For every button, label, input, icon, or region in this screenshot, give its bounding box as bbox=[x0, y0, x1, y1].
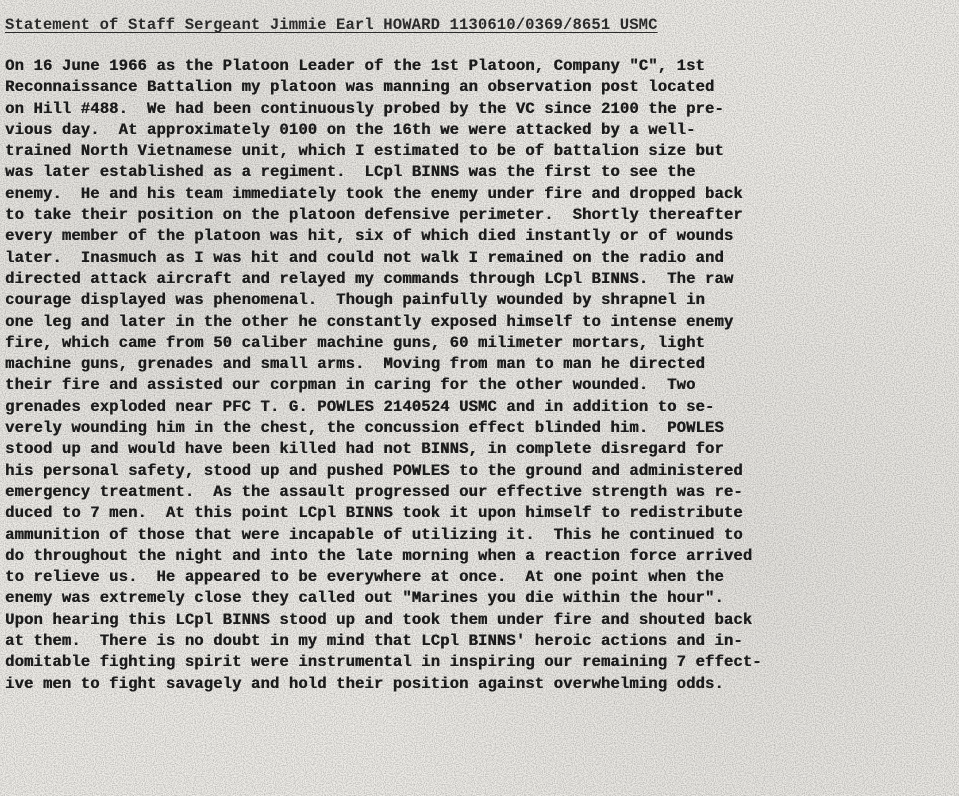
statement-line: ive men to fight savagely and hold their… bbox=[5, 674, 955, 695]
statement-line: fire, which came from 50 caliber machine… bbox=[5, 333, 955, 354]
statement-line: to relieve us. He appeared to be everywh… bbox=[5, 567, 955, 588]
statement-line: his personal safety, stood up and pushed… bbox=[5, 461, 955, 482]
statement-line: was later established as a regiment. LCp… bbox=[5, 162, 955, 183]
statement-line: their fire and assisted our corpman in c… bbox=[5, 375, 955, 396]
statement-line: Upon hearing this LCpl BINNS stood up an… bbox=[5, 610, 955, 631]
statement-line: later. Inasmuch as I was hit and could n… bbox=[5, 248, 955, 269]
statement-line: domitable fighting spirit were instrumen… bbox=[5, 652, 955, 673]
statement-line: stood up and would have been killed had … bbox=[5, 439, 955, 460]
statement-line: vious day. At approximately 0100 on the … bbox=[5, 120, 955, 141]
statement-line: on Hill #488. We had been continuously p… bbox=[5, 99, 955, 120]
statement-line: verely wounding him in the chest, the co… bbox=[5, 418, 955, 439]
statement-line: On 16 June 1966 as the Platoon Leader of… bbox=[5, 56, 955, 77]
statement-line: directed attack aircraft and relayed my … bbox=[5, 269, 955, 290]
statement-line: ammunition of those that were incapable … bbox=[5, 525, 955, 546]
statement-line: do throughout the night and into the lat… bbox=[5, 546, 955, 567]
statement-line: emergency treatment. As the assault prog… bbox=[5, 482, 955, 503]
statement-line: courage displayed was phenomenal. Though… bbox=[5, 290, 955, 311]
statement-line: duced to 7 men. At this point LCpl BINNS… bbox=[5, 503, 955, 524]
statement-body: On 16 June 1966 as the Platoon Leader of… bbox=[5, 56, 955, 695]
document-page: Statement of Staff Sergeant Jimmie Earl … bbox=[0, 0, 959, 796]
statement-line: grenades exploded near PFC T. G. POWLES … bbox=[5, 397, 955, 418]
statement-line: trained North Vietnamese unit, which I e… bbox=[5, 141, 955, 162]
statement-line: at them. There is no doubt in my mind th… bbox=[5, 631, 955, 652]
statement-line: enemy was extremely close they called ou… bbox=[5, 588, 955, 609]
statement-line: enemy. He and his team immediately took … bbox=[5, 184, 955, 205]
statement-line: Reconnaissance Battalion my platoon was … bbox=[5, 77, 955, 98]
statement-line: one leg and later in the other he consta… bbox=[5, 312, 955, 333]
typed-statement: Statement of Staff Sergeant Jimmie Earl … bbox=[5, 14, 955, 695]
statement-line: every member of the platoon was hit, six… bbox=[5, 226, 955, 247]
statement-line: machine guns, grenades and small arms. M… bbox=[5, 354, 955, 375]
statement-title: Statement of Staff Sergeant Jimmie Earl … bbox=[5, 14, 955, 36]
statement-line: to take their position on the platoon de… bbox=[5, 205, 955, 226]
